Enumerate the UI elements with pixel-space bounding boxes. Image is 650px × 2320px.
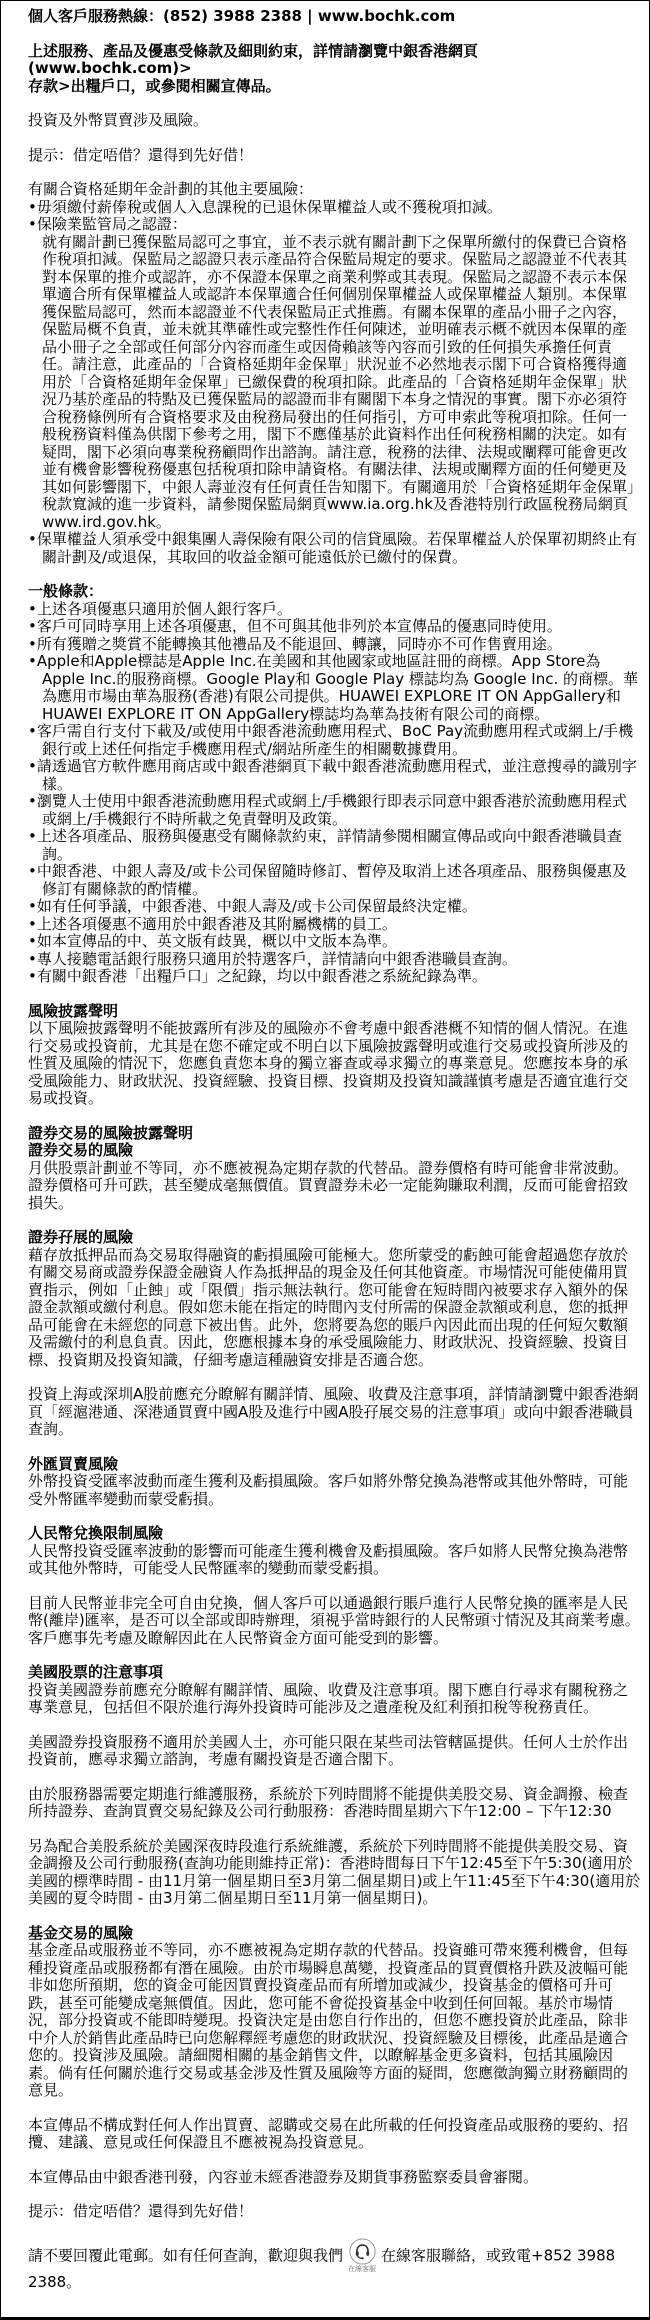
us-stocks-heading: 美國股票的注意事項 <box>28 1664 641 1682</box>
us-stocks-body-1: 投資美國證券前應充分瞭解有關詳情、風險、收費及注意事項。閣下應自行尋求有關稅務之… <box>28 1682 641 1717</box>
rmb-risk-section: 人民幣兌換限制風險 人民幣投資受匯率波動的影響而可能產生獲利機會及虧損風險。客戶… <box>28 1525 641 1647</box>
list-item: Apple和Apple標誌是Apple Inc.在美國和其他國家或地區註冊的商標… <box>28 653 641 723</box>
list-item: 上述各項優惠不適用於中銀香港及其附屬機構的員工。 <box>28 916 641 934</box>
live-chat-icon[interactable]: 在線客服 <box>348 2238 376 2274</box>
funds-risk-heading: 基金交易的風險 <box>28 1925 641 1943</box>
list-item: 保單權益人須承受中銀集團人壽保險有限公司的信貸風險。若保單權益人於保單初期終止有… <box>28 531 641 566</box>
funds-risk-body: 基金產品或服務並不等同，亦不應被視為定期存款的代替品。投資雖可帶來獲利機會，但每… <box>28 1942 641 2100</box>
live-chat-icon-label: 在線客服 <box>348 2265 376 2274</box>
list-item: 上述各項產品、服務與優惠受有關條款約束，詳情請參閱相關宣傳品或向中銀香港職員查詢… <box>28 828 641 863</box>
us-stocks-maintenance-1: 由於服務器需要定期進行維護服務，系統於下列時間將不能提供美股交易、資金調撥、檢查… <box>28 1786 641 1821</box>
securities-disclosure-heading: 證券交易的風險披露聲明 <box>28 1125 641 1143</box>
fx-risk-heading: 外匯買賣風險 <box>28 1456 641 1474</box>
list-item: 如本宣傳品的中、英文版有歧異，概以中文版本為準。 <box>28 933 641 951</box>
list-item: 保險業監管局之認證： 就有關計劃已獲保監局認可之事宜，並不表示就有關計劃下之保單… <box>28 216 641 531</box>
loan-reminder-bottom: 提示：借定唔借？還得到先好借！ <box>28 2203 641 2221</box>
list-item: 請透過官方軟件應用商店或中銀香港網頁下載中銀香港流動應用程式，並注意搜尋的識別字… <box>28 758 641 793</box>
rmb-risk-body-1: 人民幣投資受匯率波動的影響而可能產生獲利機會及虧損風險。客戶如將人民幣兌換為港幣… <box>28 1543 641 1578</box>
securities-trading-heading: 證券交易的風險 <box>28 1142 641 1160</box>
us-stocks-section: 美國股票的注意事項 投資美國證券前應充分瞭解有關詳情、風險、收費及注意事項。閣下… <box>28 1664 641 1908</box>
risk-disclosure-body: 以下風險披露聲明不能披露所有涉及的風險亦不會考慮中銀香港概不知情的個人情況。在進… <box>28 1020 641 1108</box>
general-terms-section: 一般條款： 上述各項優惠只適用於個人銀行客戶。客戶可同時享用上述各項優惠，但不可… <box>28 583 641 986</box>
rmb-risk-heading: 人民幣兌換限制風險 <box>28 1525 641 1543</box>
funds-risk-section: 基金交易的風險 基金產品或服務並不等同，亦不應被視為定期存款的代替品。投資雖可帶… <box>28 1925 641 2100</box>
list-item: 專人接聽電話銀行服務只適用於特選客戶，詳情請向中銀香港職員查詢。 <box>28 951 641 969</box>
no-offer-disclaimer: 本宣傳品不構成對任何人作出買賣、認購或交易在此所載的任何投資產品或服務的要約、招… <box>28 2117 641 2152</box>
rmb-risk-body-2: 目前人民幣並非完全可自由兌換，個人客戶可以通過銀行賬戶進行人民幣兌換的匯率是人民… <box>28 1595 641 1648</box>
list-item: 所有獲贈之獎賞不能轉換其他禮品及不能退回、轉讓，同時亦不可作售賣用途。 <box>28 636 641 654</box>
list-item: 有關中銀香港「出糧戶口」之紀錄，均以中銀香港之系統紀錄為準。 <box>28 968 641 986</box>
us-stocks-maintenance-2: 另為配合美股系統於美國深夜時段進行系統維護，系統於下列時間將不能提供美股交易、資… <box>28 1838 641 1908</box>
list-item: 瀏覽人士使用中銀香港流動應用程式或網上/手機銀行即表示同意中銀香港於流動應用程式… <box>28 793 641 828</box>
a-share-note: 投資上海或深圳A股前應充分瞭解有關詳情、風險、收費及注意事項，詳情請瀏覽中銀香港… <box>28 1386 641 1439</box>
general-terms-heading: 一般條款： <box>28 583 641 601</box>
list-item: 如有任何爭議，中銀香港、中銀人壽及/或卡公司保留最終決定權。 <box>28 898 641 916</box>
securities-risk-section: 證券交易的風險披露聲明 證券交易的風險 月供股票計劃並不等同，亦不應被視為定期存… <box>28 1125 641 1439</box>
general-terms-list: 上述各項優惠只適用於個人銀行客戶。客戶可同時享用上述各項優惠，但不可與其他非列於… <box>28 601 641 986</box>
securities-margin-body: 藉存放抵押品而為交易取得融資的虧損風險可能極大。您所蒙受的虧蝕可能會超過您存放於… <box>28 1247 641 1370</box>
us-stocks-body-2: 美國證券投資服務不適用於美國人士，亦可能只限在某些司法管轄區提供。任何人士於作出… <box>28 1734 641 1769</box>
fx-risk-body: 外幣投資受匯率波動而產生獲利及虧損風險。客戶如將外幣兌換為港幣或其他外幣時，可能… <box>28 1473 641 1508</box>
annuity-risks-section: 有關合資格延期年金計劃的其他主要風險： 毋須繳付薪俸稅或個人入息課稅的已退休保單… <box>28 181 641 566</box>
investment-risk-note: 投資及外幣買賣涉及風險。 <box>28 112 641 130</box>
promo-terms-document: 個人客戶服務熱線：(852) 3988 2388 | www.bochk.com… <box>0 0 650 2320</box>
loan-reminder-top: 提示：借定唔借？還得到先好借！ <box>28 147 641 165</box>
risk-disclosure-section: 風險披露聲明 以下風險披露聲明不能披露所有涉及的風險亦不會考慮中銀香港概不知情的… <box>28 1003 641 1108</box>
list-item: 客戶可同時享用上述各項優惠，但不可與其他非列於本宣傳品的優惠同時使用。 <box>28 618 641 636</box>
risk-disclosure-heading: 風險披露聲明 <box>28 1003 641 1021</box>
list-item: 客戶需自行支付下載及/或使用中銀香港流動應用程式、BoC Pay流動應用程式或網… <box>28 723 641 758</box>
securities-margin-heading: 證券孖展的風險 <box>28 1229 641 1247</box>
list-item: 毋須繳付薪俸稅或個人入息課稅的已退休保單權益人或不獲稅項扣減。 <box>28 199 641 217</box>
hotline-line: 個人客戶服務熱線：(852) 3988 2388 | www.bochk.com <box>28 8 641 26</box>
contact-text-pre: 請不要回覆此電郵。如有任何查詢，歡迎與我們 <box>28 2246 343 2264</box>
list-item: 中銀香港、中銀人壽及/或卡公司保留隨時修訂、暫停及取消上述各項產品、服務與優惠及… <box>28 863 641 898</box>
contact-line: 請不要回覆此電郵。如有任何查詢，歡迎與我們在線客服在線客服聯絡，或致電+852 … <box>28 2238 641 2292</box>
fx-risk-section: 外匯買賣風險 外幣投資受匯率波動而產生獲利及虧損風險。客戶如將外幣兌換為港幣或其… <box>28 1456 641 1509</box>
annuity-risks-heading: 有關合資格延期年金計劃的其他主要風險： <box>28 181 641 199</box>
list-item: 上述各項優惠只適用於個人銀行客戶。 <box>28 601 641 619</box>
annuity-risks-list: 毋須繳付薪俸稅或個人入息課稅的已退休保單權益人或不獲稅項扣減。保險業監管局之認證… <box>28 199 641 567</box>
services-note: 上述服務、產品及優惠受條款及細則約束，詳情請瀏覽中銀香港網頁(www.bochk… <box>28 43 641 96</box>
securities-trading-body: 月供股票計劃並不等同，亦不應被視為定期存款的代替品。證券價格有時可能會非常波動。… <box>28 1160 641 1213</box>
issuer-statement: 本宣傳品由中銀香港刊發，內容並未經香港證券及期貨事務監察委員會審閱。 <box>28 2169 641 2187</box>
